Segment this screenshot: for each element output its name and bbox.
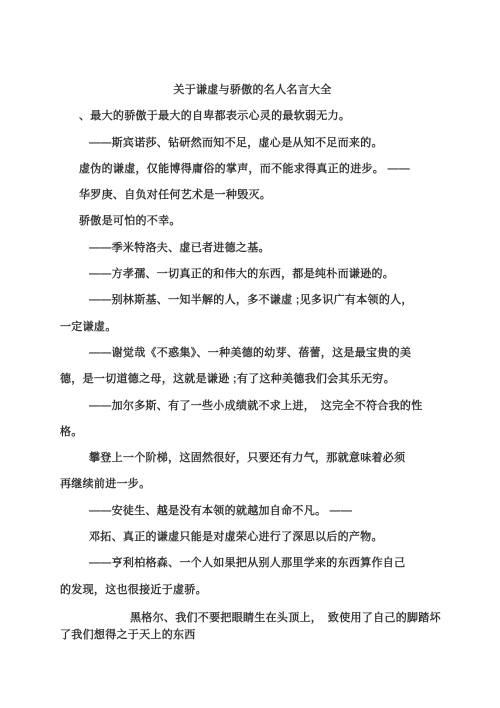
quote-line: 攀登上一个阶梯，这固然很好，只要还有力气，那就意味着必须 [60,445,445,471]
quote-line: 的发现，这也很接近于虚骄。 [60,577,445,603]
quote-line: 德，是一切道德之母，这就是谦逊 ;有了这种美德我们会其乐无穷。 [60,366,445,392]
quote-line: ——方孝孺、一切真正的和伟大的东西，都是纯朴而谦逊的。 [60,261,445,287]
quote-line: ——季米特洛夫、虚已者进德之基。 [60,235,445,261]
quote-line: 了我们想得之于天上的东西 [60,627,445,644]
quote-line: 黑格尔、我们不要把眼睛生在头顶上， 致使用了自己的脚踏坏 [60,610,445,627]
quote-line: ——加尔多斯、有了一些小成绩就不求上进， 这完全不符合我的性 格。 [60,393,445,446]
quote-line: ——谢觉哉《不惑集》、一种美德的幼芽、蓓蕾，这是最宝贵的美 [60,340,445,366]
document-title: 关于谦虚与骄傲的名人名言大全 [60,77,445,103]
quote-line: 虚伪的谦虚，仅能博得庸俗的掌声，而不能求得真正的进步。 —— [60,156,445,182]
quote-line: ——亨利柏格森、一个人如果把从别人那里学来的东西算作自己 [60,550,445,576]
document-page: 关于谦虚与骄傲的名人名言大全 、最大的骄傲于最大的自卑都表示心灵的最软弱无力。 … [0,0,500,708]
quote-line: ——别林斯基、一知半解的人，多不谦虚 ;见多识广有本领的人， [60,287,445,313]
quote-line: 一定谦虚。 [60,314,445,340]
quote-line: ——安徒生、越是没有本领的就越加自命不凡。 —— [60,498,445,524]
quote-line: 骄傲是可怕的不幸。 [60,208,445,234]
quote-line: 华罗庚、自负对任何艺术是一种毁灭。 [60,182,445,208]
quote-line: 、最大的骄傲于最大的自卑都表示心灵的最软弱无力。 [60,103,445,129]
quote-line: 再继续前进一步。 [60,471,445,497]
quote-line: 邓拓、真正的谦虚只能是对虚荣心进行了深思以后的产物。 [60,524,445,550]
quote-line: ——斯宾诺莎、钻研然而知不足，虚心是从知不足而来的。 [60,130,445,156]
